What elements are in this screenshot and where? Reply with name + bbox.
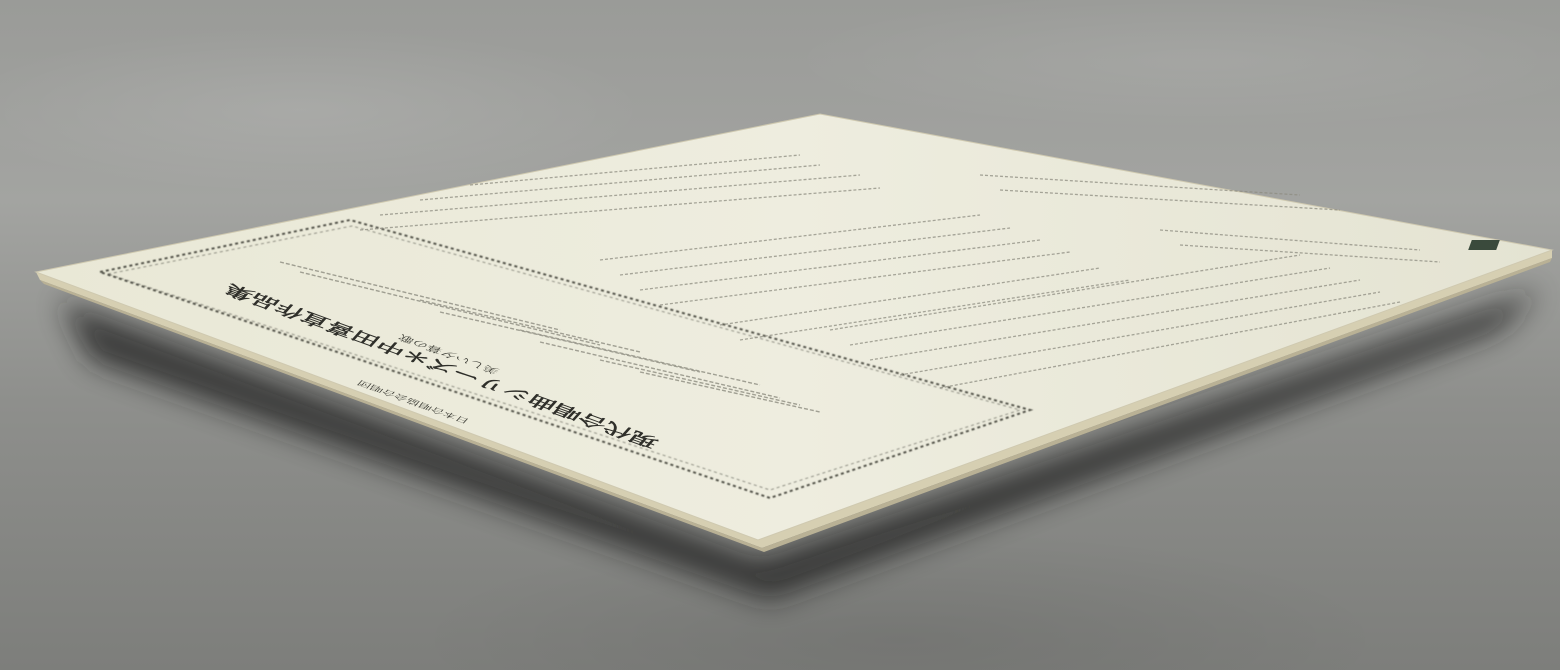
label-logo bbox=[1468, 240, 1500, 250]
record-sleeve-scene: 現代合唱曲シリーズ＊中田喜直作品集 美しい夕暮の歌 日本合唱協会合唱団 bbox=[0, 0, 1560, 670]
